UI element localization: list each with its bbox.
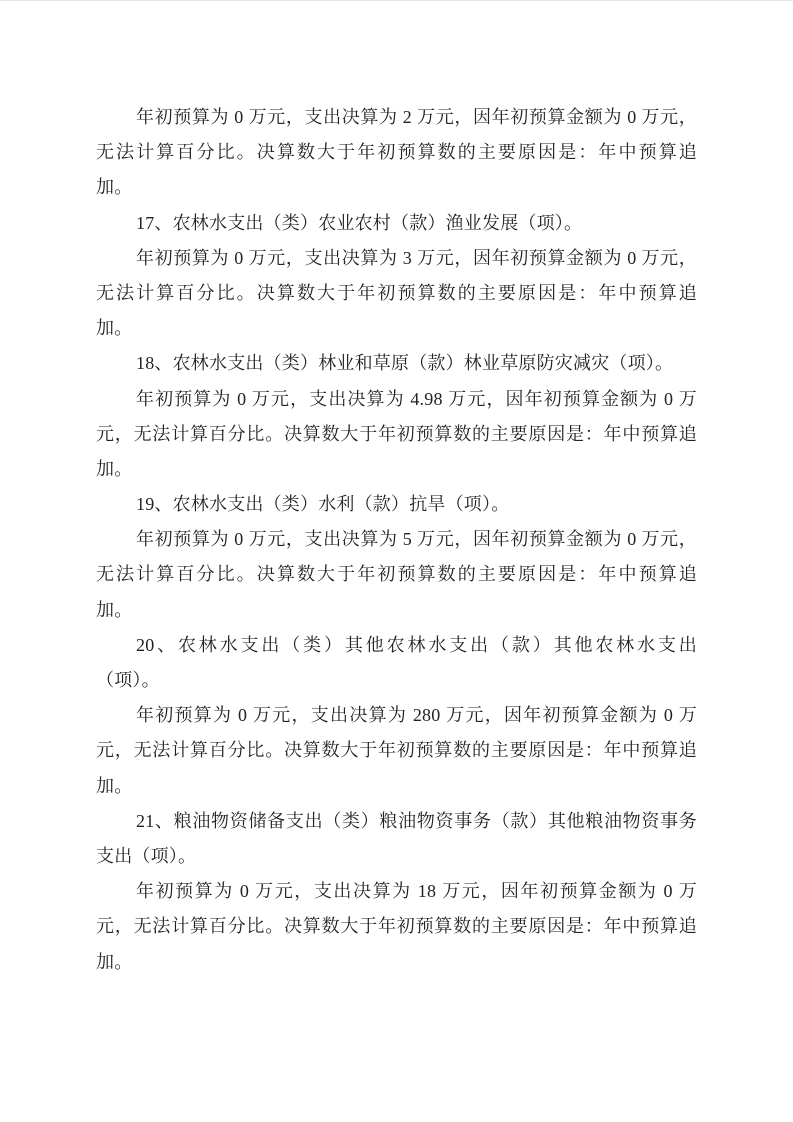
document-line: 19、农林水支出（类）水利（款）抗旱（项）。 <box>96 487 697 522</box>
document-line: 加。 <box>96 769 697 804</box>
document-page: 年初预算为 0 万元，支出决算为 2 万元，因年初预算金额为 0 万元， 无法计… <box>0 0 793 1122</box>
paragraph-item-20-body: 年初预算为 0 万元，支出决算为 280 万元，因年初预算金额为 0 万 元，无… <box>96 698 697 804</box>
paragraph-item-18-body: 年初预算为 0 万元，支出决算为 4.98 万元，因年初预算金额为 0 万 元，… <box>96 382 697 488</box>
document-line: 17、农林水支出（类）农业农村（款）渔业发展（项）。 <box>96 206 697 241</box>
document-line: 加。 <box>96 593 697 628</box>
document-line: 元，无法计算百分比。决算数大于年初预算数的主要原因是：年中预算追 <box>96 417 697 452</box>
paragraph-item-17-body: 年初预算为 0 万元，支出决算为 3 万元，因年初预算金额为 0 万元， 无法计… <box>96 241 697 347</box>
document-line: 年初预算为 0 万元，支出决算为 4.98 万元，因年初预算金额为 0 万 <box>96 382 697 417</box>
document-line: （项）。 <box>96 663 697 698</box>
document-line: 支出（项）。 <box>96 839 697 874</box>
document-line: 年初预算为 0 万元，支出决算为 2 万元，因年初预算金额为 0 万元， <box>96 100 697 135</box>
document-line: 无法计算百分比。决算数大于年初预算数的主要原因是：年中预算追 <box>96 276 697 311</box>
document-line: 年初预算为 0 万元，支出决算为 5 万元，因年初预算金额为 0 万元， <box>96 522 697 557</box>
document-line: 加。 <box>96 452 697 487</box>
document-line: 加。 <box>96 945 697 980</box>
paragraph-item-20-heading: 20、农林水支出（类）其他农林水支出（款）其他农林水支出 （项）。 <box>96 628 697 698</box>
paragraph-item-21-heading: 21、粮油物资储备支出（类）粮油物资事务（款）其他粮油物资事务 支出（项）。 <box>96 804 697 874</box>
document-line: 18、农林水支出（类）林业和草原（款）林业草原防灾减灾（项）。 <box>96 346 697 381</box>
document-line: 年初预算为 0 万元，支出决算为 280 万元，因年初预算金额为 0 万 <box>96 698 697 733</box>
document-line: 20、农林水支出（类）其他农林水支出（款）其他农林水支出 <box>96 628 697 663</box>
document-line: 加。 <box>96 170 697 205</box>
page-top-edge <box>0 0 793 1</box>
paragraph-item-19-heading: 19、农林水支出（类）水利（款）抗旱（项）。 <box>96 487 697 522</box>
paragraph-item-21-body: 年初预算为 0 万元，支出决算为 18 万元，因年初预算金额为 0 万 元，无法… <box>96 874 697 980</box>
paragraph-item-19-body: 年初预算为 0 万元，支出决算为 5 万元，因年初预算金额为 0 万元， 无法计… <box>96 522 697 628</box>
document-line: 元，无法计算百分比。决算数大于年初预算数的主要原因是：年中预算追 <box>96 909 697 944</box>
paragraph-item-17-heading: 17、农林水支出（类）农业农村（款）渔业发展（项）。 <box>96 206 697 241</box>
document-line: 加。 <box>96 311 697 346</box>
paragraph-item-18-heading: 18、农林水支出（类）林业和草原（款）林业草原防灾减灾（项）。 <box>96 346 697 381</box>
document-line: 元，无法计算百分比。决算数大于年初预算数的主要原因是：年中预算追 <box>96 733 697 768</box>
paragraph-continuation: 年初预算为 0 万元，支出决算为 2 万元，因年初预算金额为 0 万元， 无法计… <box>96 100 697 206</box>
document-line: 年初预算为 0 万元，支出决算为 18 万元，因年初预算金额为 0 万 <box>96 874 697 909</box>
document-line: 无法计算百分比。决算数大于年初预算数的主要原因是：年中预算追 <box>96 557 697 592</box>
document-line: 年初预算为 0 万元，支出决算为 3 万元，因年初预算金额为 0 万元， <box>96 241 697 276</box>
document-body: 年初预算为 0 万元，支出决算为 2 万元，因年初预算金额为 0 万元， 无法计… <box>96 100 697 980</box>
document-line: 无法计算百分比。决算数大于年初预算数的主要原因是：年中预算追 <box>96 135 697 170</box>
document-line: 21、粮油物资储备支出（类）粮油物资事务（款）其他粮油物资事务 <box>96 804 697 839</box>
